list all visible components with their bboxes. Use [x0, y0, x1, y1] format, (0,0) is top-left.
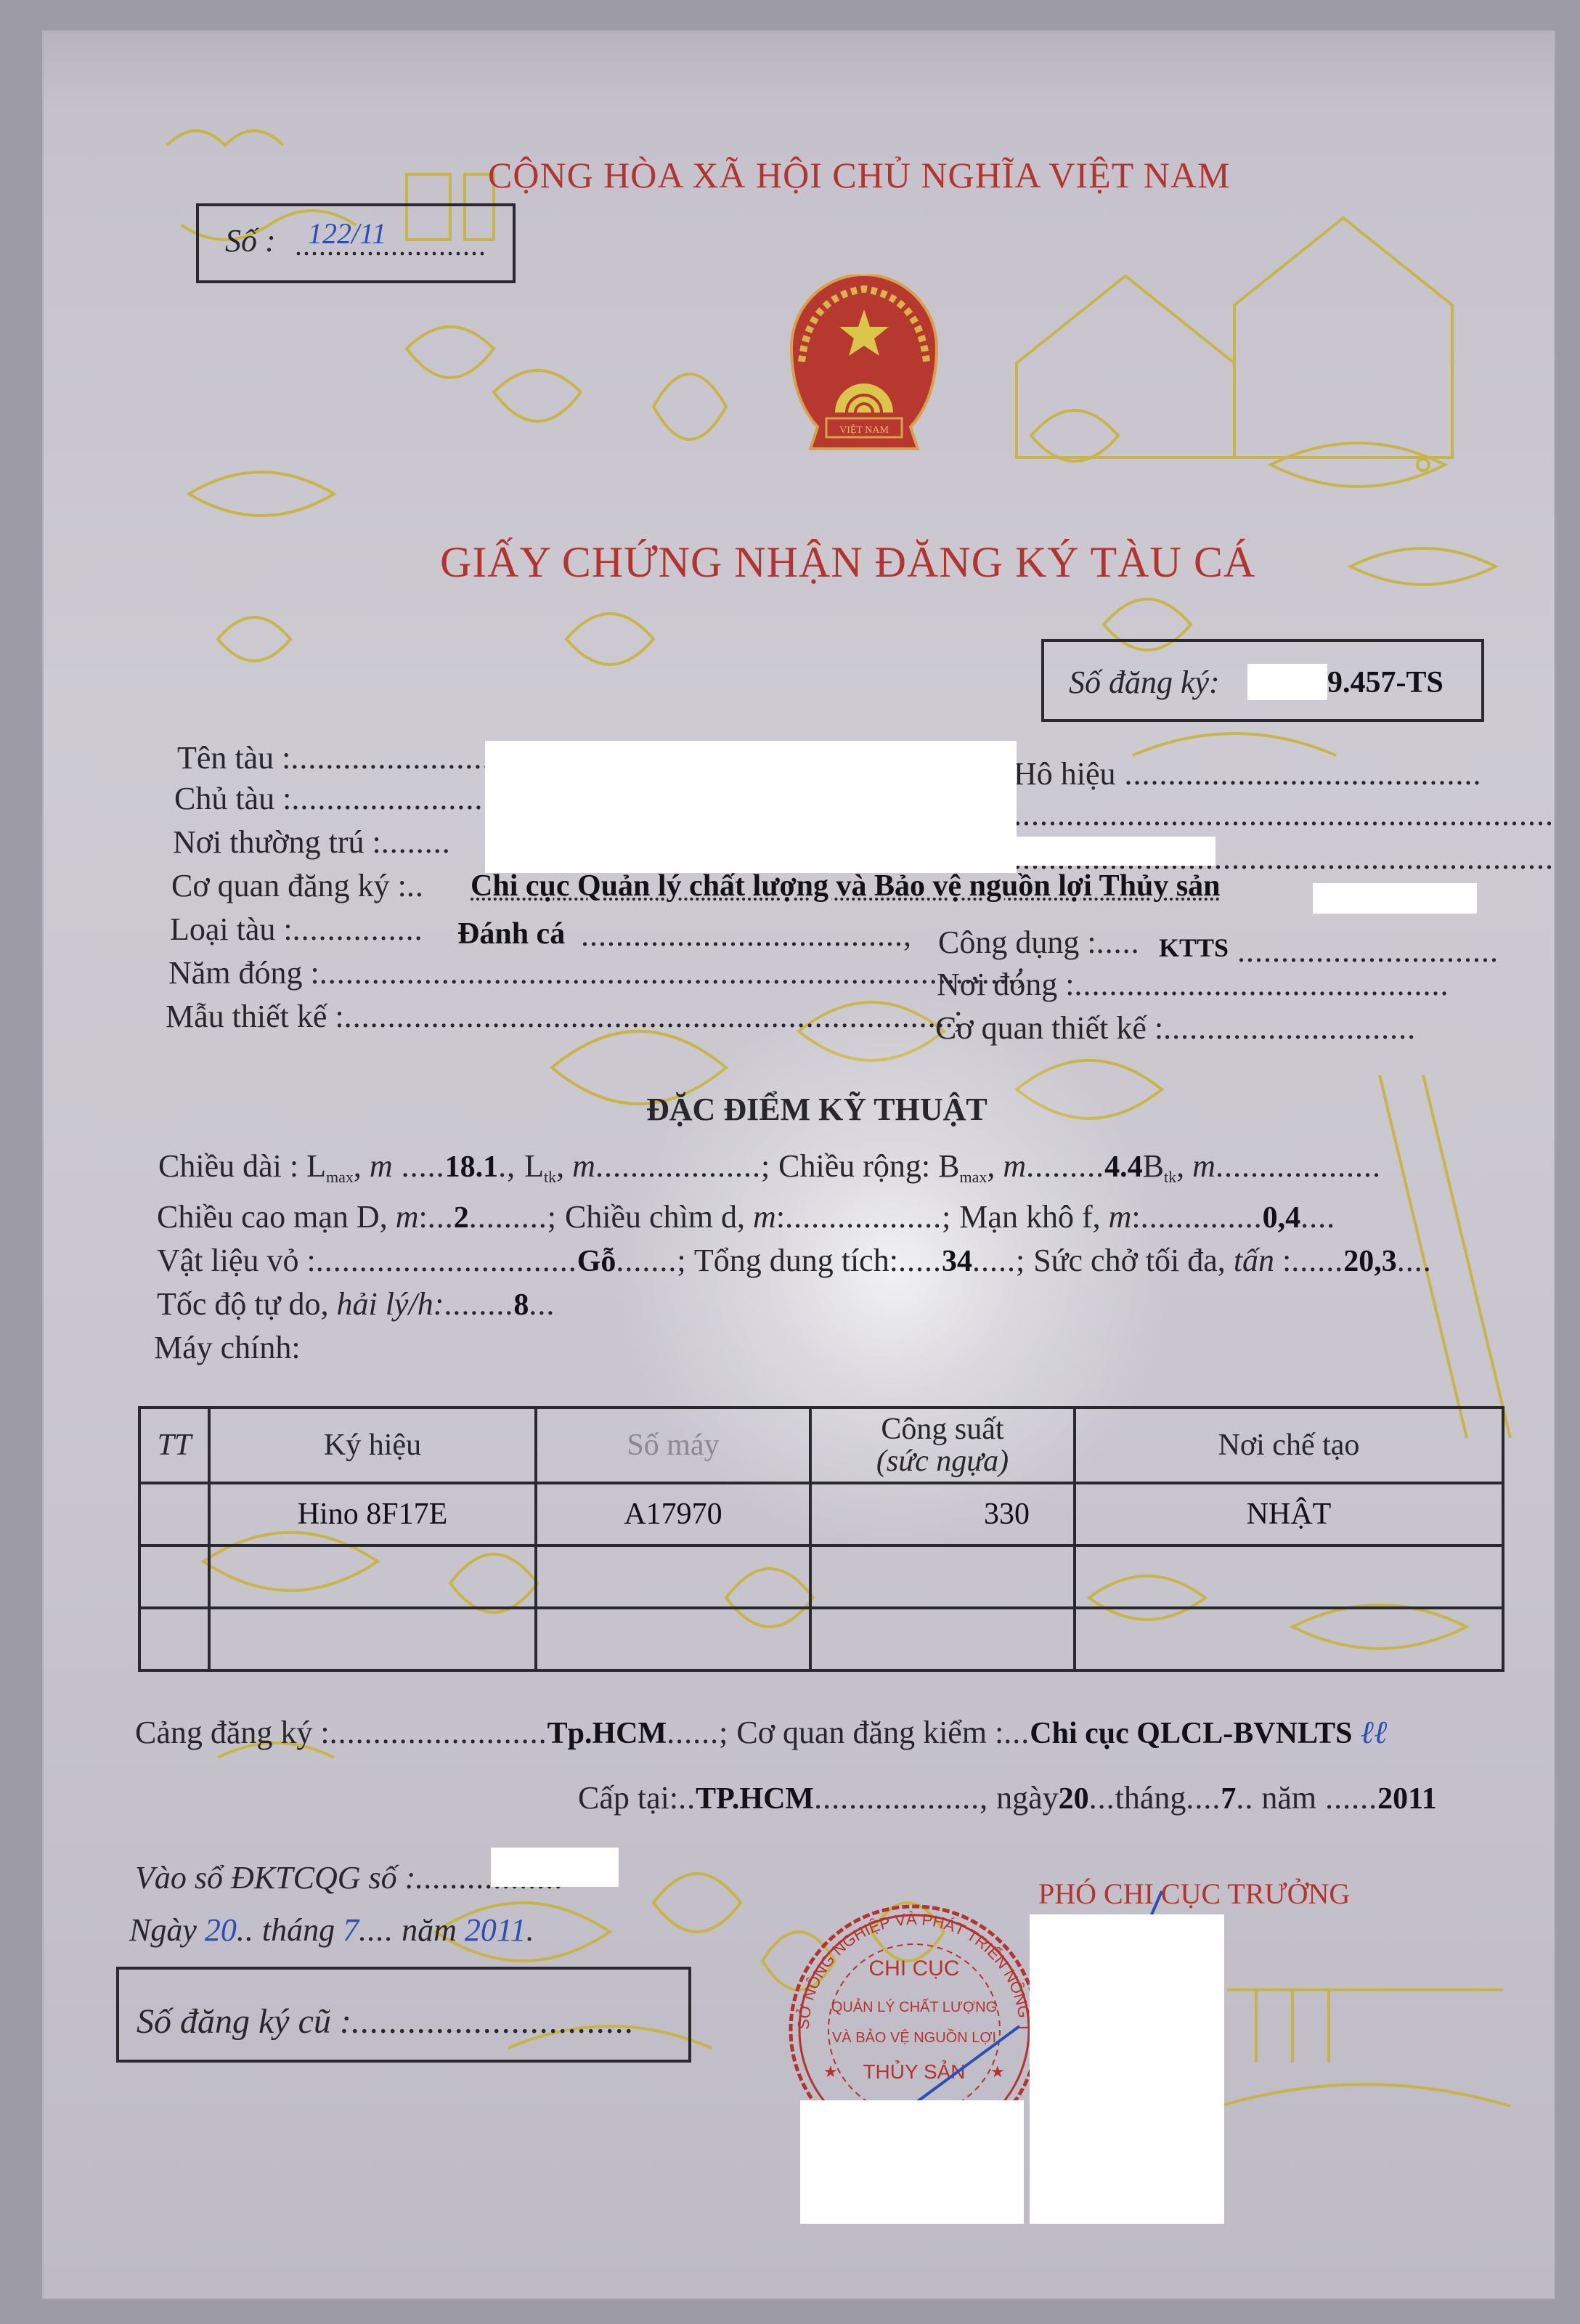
svg-text:★: ★	[990, 2063, 1005, 2081]
design-agency-label: Cơ quan thiết kế :......................…	[935, 1009, 1416, 1047]
svg-text:★: ★	[823, 2063, 838, 2081]
svg-text:VÀ BẢO VỆ NGUỒN LỢI: VÀ BẢO VỆ NGUỒN LỢI	[832, 2028, 996, 2046]
design-label: Mẫu thiết kế :..........................…	[166, 998, 964, 1035]
ship-type-dots: .....................................,	[581, 917, 912, 954]
usage-dots: ..............................	[1237, 933, 1499, 970]
length-max-value: 18.1	[445, 1150, 499, 1184]
issue-year: 2011	[1377, 1782, 1437, 1816]
redacted-block	[800, 2100, 1024, 2224]
old-registration-label: Số đăng ký cũ :.........................…	[137, 2002, 635, 2041]
redacted-block	[1030, 1914, 1224, 2224]
ship-type-value: Đánh cá	[457, 917, 565, 951]
national-emblem-icon: VIỆT NAM	[765, 275, 963, 456]
country-heading: CỘNG HÒA XÃ HỘI CHỦ NGHĨA VIỆT NAM	[488, 154, 1230, 196]
speed-value: 8	[513, 1288, 529, 1322]
owner-label: Chủ tàu :...........................	[174, 780, 526, 817]
old-registration-box: Số đăng ký cũ :.........................…	[116, 1967, 691, 2063]
engine-symbol: Hino 8F17E	[209, 1483, 536, 1545]
table-row: Hino 8F17E A17970 330 NHẬT	[139, 1483, 1503, 1545]
issue-day: 20	[1059, 1782, 1089, 1816]
engine-number: A17970	[536, 1483, 810, 1545]
hull-value: Gỗ	[577, 1245, 616, 1278]
usage-value: KTTS	[1159, 933, 1229, 963]
engine-table: TT Ký hiệu Số máy Công suất(sức ngựa) Nơ…	[138, 1406, 1504, 1672]
issued-at-value: TP.HCM	[696, 1782, 814, 1816]
hull-row: Vật liệu vỏ :...........................…	[157, 1242, 1432, 1279]
engine-power: 330	[810, 1483, 1075, 1545]
redacted-block	[485, 741, 1017, 873]
registration-agency-label: Cơ quan đăng ký :..	[171, 867, 424, 904]
registration-number-box: Số đăng ký: 9.457-TS	[1041, 639, 1484, 722]
issued-row: Cấp tại:..TP.HCM..................., ngà…	[578, 1779, 1437, 1816]
inspection-agency-value: Chi cục QLCL-BVNLTS	[1030, 1717, 1352, 1750]
issue-month: 7	[1221, 1782, 1236, 1816]
col-header-engine-number: Số máy	[536, 1407, 810, 1483]
specs-heading: ĐẶC ĐIỂM KỸ THUẬT	[646, 1091, 987, 1128]
col-header-power: Công suất(sức ngựa)	[810, 1407, 1075, 1483]
svg-text:CHI CỤC: CHI CỤC	[869, 1957, 960, 1980]
svg-text:THỦY SẢN: THỦY SẢN	[863, 2060, 965, 2083]
col-header-symbol: Ký hiệu	[209, 1407, 536, 1483]
table-row	[139, 1608, 1503, 1670]
ledger-date-row: Ngày 20.. tháng 7.... năm 2011.	[129, 1911, 535, 1949]
signer-title: PHÓ CHI CỤC TRƯỞNG	[1038, 1877, 1350, 1911]
redacted-block	[1313, 883, 1477, 914]
redacted-block	[1017, 837, 1215, 866]
col-header-tt: TT	[139, 1407, 209, 1483]
document-number-box: Số : ........................ 122/11	[196, 203, 516, 283]
certificate-title: GIẤY CHỨNG NHẬN ĐĂNG KÝ TÀU CÁ	[440, 537, 1255, 588]
engine-table-header: TT Ký hiệu Số máy Công suất(sức ngựa) Nơ…	[139, 1407, 1503, 1483]
col-header-origin: Nơi chế tạo	[1075, 1407, 1503, 1483]
document-number-label: Số :	[225, 222, 276, 259]
table-row	[139, 1545, 1503, 1608]
capacity-value: 20,3	[1343, 1245, 1397, 1278]
document-number-value: 122/11	[308, 216, 386, 251]
redacted-block	[1247, 664, 1327, 700]
residence-label: Nơi thường trú :........	[173, 824, 451, 861]
svg-text:QUẢN LÝ CHẤT LƯỢNG: QUẢN LÝ CHẤT LƯỢNG	[831, 1999, 997, 2015]
depth-value: 2	[454, 1201, 469, 1235]
registration-agency-value: Chi cục Quản lý chất lượng và Bảo vệ ngu…	[471, 869, 1221, 903]
port-row: Cảng đăng ký :.........................T…	[135, 1714, 1387, 1751]
speed-row: Tốc độ tự do, hải lý/h:........8...	[157, 1285, 555, 1323]
redacted-block	[491, 1848, 619, 1887]
svg-text:VIỆT NAM: VIỆT NAM	[839, 423, 889, 436]
main-engine-label: Máy chính:	[154, 1329, 301, 1366]
ship-name-label: Tên tàu :..........................	[177, 739, 517, 776]
build-year-label: Năm đóng :..............................…	[168, 954, 1026, 991]
tonnage-value: 34	[942, 1245, 972, 1278]
length-row: Chiều dài : Lmax, m .....18.1., Ltk, m..…	[158, 1147, 1381, 1187]
freeboard-value: 0,4	[1263, 1201, 1301, 1235]
registration-number-value: 9.457-TS	[1327, 665, 1443, 700]
call-sign-label: Hô hiệu ................................…	[1014, 755, 1482, 792]
depth-row: Chiều cao mạn D, m:...2.........; Chiều …	[157, 1198, 1335, 1235]
port-value: Tp.HCM	[547, 1717, 667, 1750]
build-place-label: Nơi đóng :..............................…	[937, 966, 1449, 1003]
registration-number-label: Số đăng ký:	[1069, 664, 1220, 701]
owner-dots: ........................................…	[1014, 796, 1554, 833]
engine-origin: NHẬT	[1075, 1483, 1503, 1545]
width-max-value: 4.4	[1104, 1150, 1143, 1184]
ship-type-label: Loại tàu :...............	[170, 911, 423, 948]
